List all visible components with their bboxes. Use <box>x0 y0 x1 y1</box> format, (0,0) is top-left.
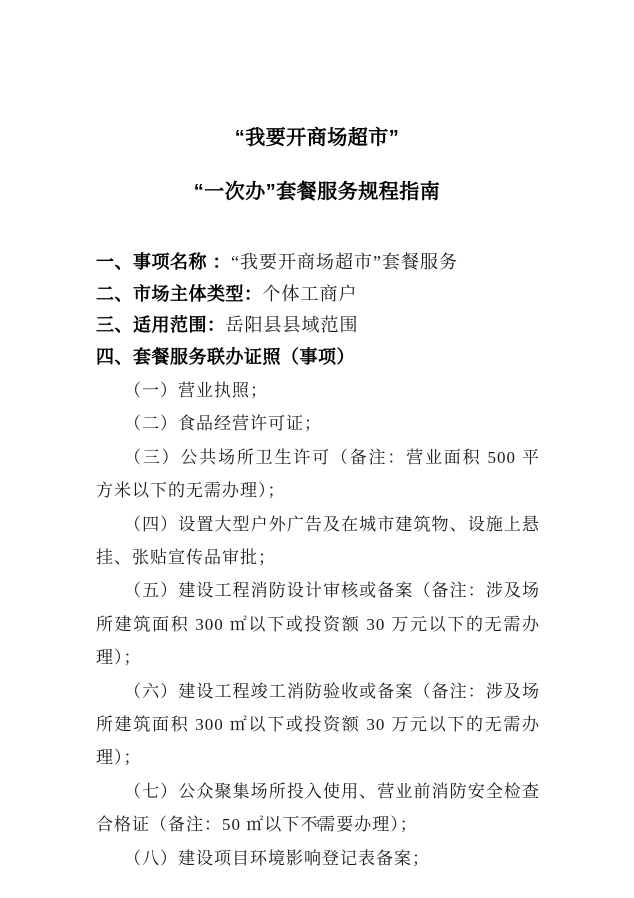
list-item: （七）公众聚集场所投入使用、营业前消防安全检查合格证（备注：50 ㎡以下不需要办… <box>96 775 540 842</box>
list-item: （二）食品经营许可证； <box>96 407 540 440</box>
section-row-item-name: 一、事项名称 ：“我要开商场超市”套餐服务 <box>96 247 542 279</box>
section-headings: 一、事项名称 ：“我要开商场超市”套餐服务 二、市场主体类型：个体工商户 三、适… <box>96 247 542 373</box>
section-row-joint-licenses: 四、套餐服务联办证照（事项） <box>96 342 542 374</box>
document-title-line-1: “我要开商场超市” <box>0 121 634 150</box>
section-row-entity-type: 二、市场主体类型：个体工商户 <box>96 279 542 311</box>
section-value: 岳阳县县域范围 <box>226 315 359 335</box>
section-label: 三、适用范围： <box>96 315 226 335</box>
section-row-scope: 三、适用范围：岳阳县县域范围 <box>96 310 542 342</box>
list-item: （六）建设工程竣工消防验收或备案（备注：涉及场所建筑面积 300 ㎡以下或投资额… <box>96 675 540 775</box>
list-item: （四）设置大型户外广告及在城市建筑物、设施上悬挂、张贴宣传品审批； <box>96 508 540 575</box>
list-item: （三）公共场所卫生许可（备注：营业面积 500 平方米以下的无需办理）； <box>96 441 540 508</box>
license-list: （一）营业执照； （二）食品经营许可证； （三）公共场所卫生许可（备注：营业面积… <box>96 374 540 875</box>
section-label: 四、套餐服务联办证照（事项） <box>96 347 355 367</box>
document-page: “我要开商场超市” “一次办”套餐服务规程指南 一、事项名称 ：“我要开商场超市… <box>0 0 634 898</box>
section-value: 个体工商户 <box>263 284 358 304</box>
section-label: 一、事项名称 ： <box>96 252 231 272</box>
list-item: （一）营业执照； <box>96 374 540 407</box>
section-value: “我要开商场超市”套餐服务 <box>231 252 458 272</box>
section-label: 二、市场主体类型： <box>96 284 263 304</box>
document-title-line-2: “一次办”套餐服务规程指南 <box>0 175 634 204</box>
list-item: （五）建设工程消防设计审核或备案（备注：涉及场所建筑面积 300 ㎡以下或投资额… <box>96 574 540 674</box>
list-item: （八）建设项目环境影响登记表备案； <box>96 842 540 875</box>
page-number: 3 <box>0 819 634 830</box>
